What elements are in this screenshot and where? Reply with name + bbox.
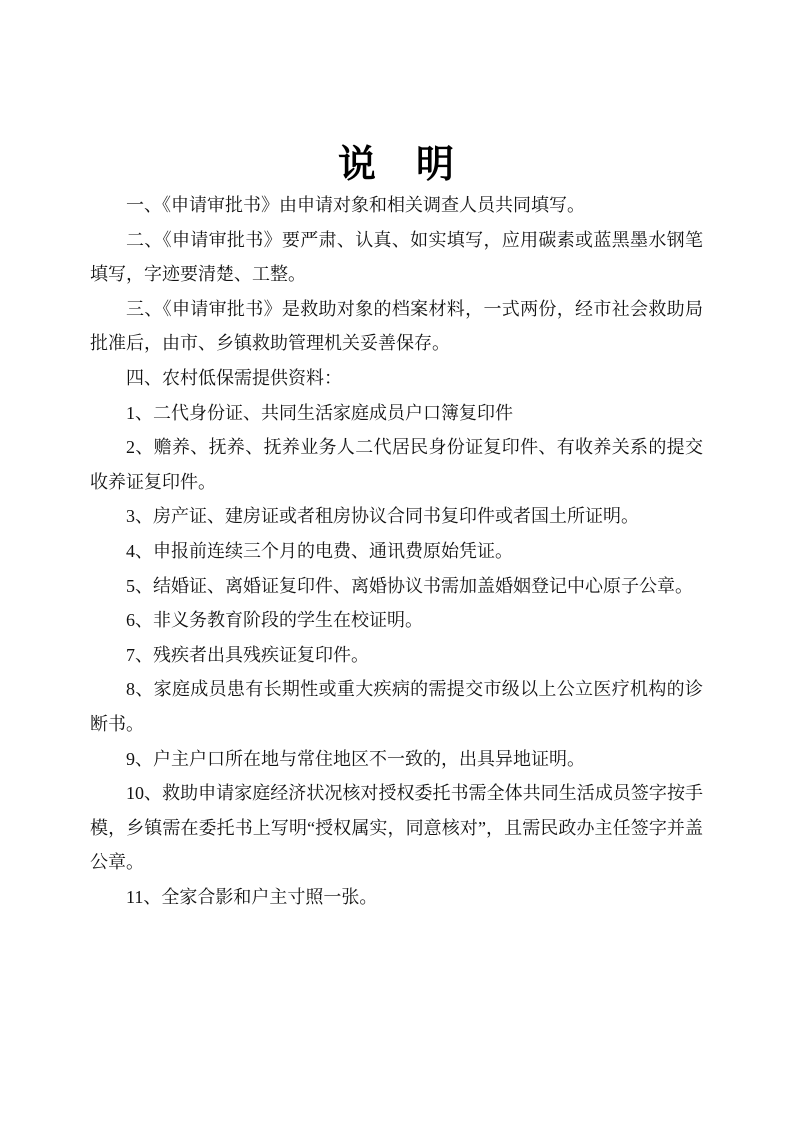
paragraph: 4、申报前连续三个月的电费、通讯费原始凭证。 <box>90 534 703 569</box>
page-title: 说 明 <box>90 145 703 185</box>
paragraph: 三、《申请审批书》是救助对象的档案材料，一式两份，经市社会救助局批准后，由市、乡… <box>90 292 703 361</box>
paragraph: 11、全家合影和户主寸照一张。 <box>90 880 703 915</box>
paragraph: 二、《申请审批书》要严肃、认真、如实填写，应用碳素或蓝黑墨水钢笔填写，字迹要清楚… <box>90 223 703 292</box>
document-page: 说 明 一、《申请审批书》由申请对象和相关调查人员共同填写。二、《申请审批书》要… <box>0 0 793 1122</box>
paragraph: 7、残疾者出具残疾证复印件。 <box>90 638 703 673</box>
paragraph: 8、家庭成员患有长期性或重大疾病的需提交市级以上公立医疗机构的诊断书。 <box>90 672 703 741</box>
paragraph: 3、房产证、建房证或者租房协议合同书复印件或者国土所证明。 <box>90 499 703 534</box>
paragraph: 1、二代身份证、共同生活家庭成员户口簿复印件 <box>90 396 703 431</box>
paragraph: 2、赡养、抚养、抚养业务人二代居民身份证复印件、有收养关系的提交收养证复印件。 <box>90 430 703 499</box>
paragraph: 一、《申请审批书》由申请对象和相关调查人员共同填写。 <box>90 188 703 223</box>
paragraph: 5、结婚证、离婚证复印件、离婚协议书需加盖婚姻登记中心原子公章。 <box>90 569 703 604</box>
document-body: 一、《申请审批书》由申请对象和相关调查人员共同填写。二、《申请审批书》要严肃、认… <box>90 188 703 914</box>
paragraph: 6、非义务教育阶段的学生在校证明。 <box>90 603 703 638</box>
paragraph: 10、救助申请家庭经济状况核对授权委托书需全体共同生活成员签字按手模，乡镇需在委… <box>90 776 703 880</box>
paragraph: 四、农村低保需提供资料： <box>90 361 703 396</box>
paragraph: 9、户主户口所在地与常住地区不一致的，出具异地证明。 <box>90 742 703 777</box>
